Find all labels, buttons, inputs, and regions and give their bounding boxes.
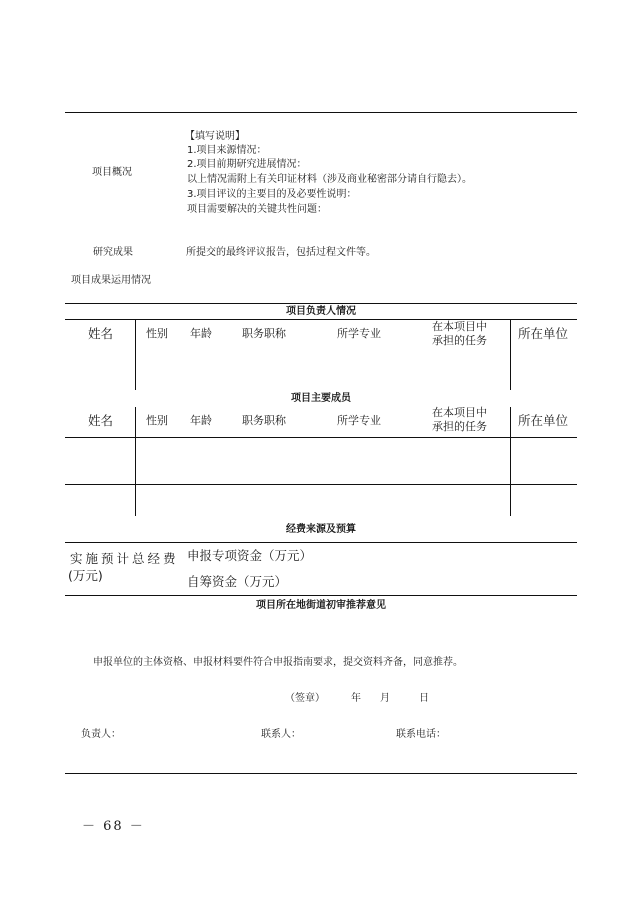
leader-col-age: 年龄 (190, 327, 212, 341)
members-col-task-2: 承担的任务 (432, 420, 487, 434)
person-in-charge-label: 负责人： (81, 728, 121, 741)
leader-col-task-2: 承担的任务 (432, 334, 487, 348)
seal-label: （签章） (285, 692, 325, 705)
leader-col-unit: 所在单位 (518, 326, 568, 342)
recommendation-statement: 申报单位的主体资格、申报材料要件符合申报指南要求，提交资料齐备，同意推荐。 (93, 656, 463, 669)
overview-line-4: 3.项目评议的主要目的及必要性说明： (187, 188, 357, 201)
overview-line-2: 2.项目前期研究进展情况： (187, 158, 307, 171)
research-results-text: 所提交的最终评议报告，包括过程文件等。 (186, 246, 376, 259)
members-col-task-1: 在本项目中 (432, 406, 487, 420)
instructions-title: 【填写说明】 (185, 130, 245, 143)
date-day: 日 (419, 692, 429, 705)
date-month: 月 (380, 692, 390, 705)
budget-special-funds: 申报专项资金（万元） (187, 548, 312, 564)
overview-line-3: 以上情况需附上有关印证材料（涉及商业秘密部分请自行隐去）。 (187, 173, 472, 186)
leader-col-name: 姓名 (88, 326, 113, 342)
overview-line-1: 1.项目来源情况： (187, 144, 267, 157)
members-col-divider-1 (135, 407, 136, 516)
members-col-name: 姓名 (88, 413, 113, 429)
members-col-title: 职务职称 (242, 414, 286, 428)
results-application-label: 项目成果运用情况 (71, 274, 151, 287)
leader-col-title: 职务职称 (242, 327, 286, 341)
leader-top-rule (65, 303, 577, 304)
members-row-rule (65, 484, 577, 485)
leader-col-divider-2 (510, 319, 511, 390)
overview-label: 项目概况 (92, 166, 132, 179)
budget-total-label: 实施预计总经费 (70, 551, 179, 567)
contact-phone-label: 联系电话： (396, 728, 446, 741)
budget-section-title: 经费来源及预算 (65, 523, 577, 536)
members-section-title: 项目主要成员 (65, 392, 577, 405)
members-header-rule (65, 437, 577, 438)
budget-bottom-rule (65, 595, 577, 596)
leader-col-divider-1 (135, 319, 136, 390)
members-col-age: 年龄 (190, 414, 212, 428)
budget-top-rule (65, 542, 577, 543)
recommendation-section-title: 项目所在地街道初审推荐意见 (65, 599, 577, 612)
members-col-major: 所学专业 (337, 414, 381, 428)
leader-col-task-1: 在本项目中 (432, 320, 487, 334)
budget-self-funds: 自筹资金（万元） (187, 574, 287, 590)
leader-col-gender: 性别 (146, 327, 168, 341)
budget-total-unit: (万元) (68, 568, 103, 584)
leader-section-title: 项目负责人情况 (65, 305, 577, 318)
overview-line-5: 项目需要解决的关键共性问题： (187, 203, 327, 216)
members-col-unit: 所在单位 (518, 413, 568, 429)
members-col-divider-2 (510, 407, 511, 516)
date-year: 年 (351, 692, 361, 705)
leader-header-rule (65, 319, 577, 320)
top-rule (65, 112, 577, 113)
contact-person-label: 联系人： (261, 728, 301, 741)
leader-col-major: 所学专业 (337, 327, 381, 341)
research-results-label: 研究成果 (93, 246, 133, 259)
recommendation-bottom-rule (65, 773, 577, 774)
page-number: － 68 － (82, 815, 145, 834)
members-col-gender: 性别 (146, 414, 168, 428)
